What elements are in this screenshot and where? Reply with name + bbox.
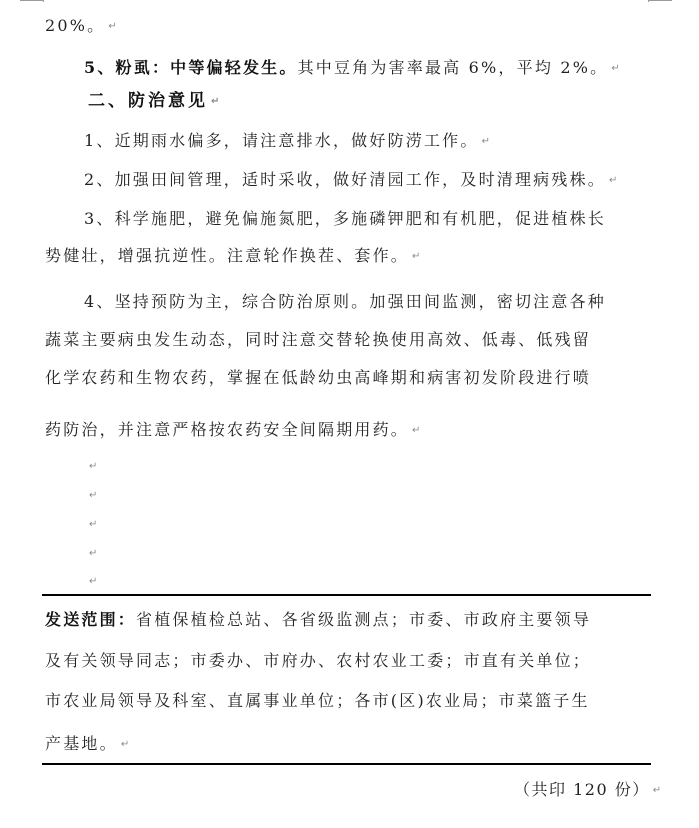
- text: 蔬菜主要病虫发生动态，同时注意交替轮换使用高效、低毒、低残留: [45, 330, 591, 349]
- item-title: 粉虱：中等偏轻发生。: [116, 58, 298, 77]
- distribution-bottom-rule: [42, 763, 651, 765]
- empty-paragraph-mark-icon: ↵: [89, 576, 97, 587]
- paragraph-mark-icon: ↵: [611, 63, 619, 74]
- text: 药防治，并注意严格按农药安全间隔期用药。: [45, 420, 409, 439]
- crop-mark-top-right-vertical: [648, 0, 649, 2]
- paragraph-mark-icon: ↵: [412, 425, 420, 436]
- advice-item-3-line-2: 势健壮，增强抗逆性。注意轮作换茬、套作。↵: [45, 246, 420, 267]
- paragraph-mark-icon: ↵: [108, 21, 116, 32]
- text: （共印 120 份）: [514, 780, 650, 799]
- empty-paragraph-mark-icon: ↵: [89, 519, 97, 530]
- advice-item-4-line-4: 药防治，并注意严格按农药安全间隔期用药。↵: [45, 420, 420, 441]
- empty-paragraph-mark-icon: ↵: [89, 548, 97, 559]
- paragraph-mark-icon: ↵: [412, 251, 420, 262]
- paragraph-mark-icon: ↵: [121, 739, 129, 750]
- text-line-continuation: 20%。↵: [45, 16, 117, 37]
- heading-text: 二、防治意见: [88, 91, 208, 111]
- text: 2、加强田间管理，适时采收，做好清园工作，及时清理病残株。: [84, 170, 606, 189]
- advice-item-4-line-3: 化学农药和生物农药，掌握在低龄幼虫高峰期和病害初发阶段进行喷: [45, 368, 591, 388]
- item-body: 其中豆角为害率最高 6%，平均 2%。: [298, 58, 609, 77]
- item-number: 5、: [84, 58, 116, 77]
- text: 3、科学施肥，避免偏施氮肥，多施磷钾肥和有机肥，促进植株长: [84, 209, 606, 228]
- advice-item-4-line-1: 4、坚持预防为主，综合防治原则。加强田间监测，密切注意各种: [84, 292, 606, 312]
- text: 势健壮，增强抗逆性。注意轮作换茬、套作。: [45, 246, 409, 265]
- advice-item-4-line-2: 蔬菜主要病虫发生动态，同时注意交替轮换使用高效、低毒、低残留: [45, 330, 591, 350]
- print-count: （共印 120 份）↵: [514, 780, 661, 801]
- crop-mark-top-left: [20, 0, 43, 1]
- section-heading-prevention: 二、防治意见↵: [88, 91, 219, 112]
- pest-item-whitefly: 5、粉虱：中等偏轻发生。其中豆角为害率最高 6%，平均 2%。↵: [84, 58, 620, 79]
- text: 1、近期雨水偏多，请注意排水，做好防涝工作。: [84, 131, 479, 150]
- distribution-line-1: 发送范围：省植保植检总站、各省级监测点；市委、市政府主要领导: [45, 610, 591, 630]
- distribution-top-rule: [42, 594, 651, 596]
- crop-mark-top-right: [648, 0, 672, 1]
- crop-mark-top-left-vertical: [43, 0, 44, 2]
- advice-item-2: 2、加强田间管理，适时采收，做好清园工作，及时清理病残株。↵: [84, 170, 617, 191]
- text: 20%。: [45, 16, 105, 35]
- empty-paragraph-mark-icon: ↵: [89, 490, 97, 501]
- empty-paragraph-mark-icon: ↵: [89, 461, 97, 472]
- paragraph-mark-icon: ↵: [653, 785, 661, 796]
- text: 及有关领导同志；市委办、市府办、农村农业工委；市直有关单位；: [45, 651, 591, 670]
- distribution-line-4: 产基地。↵: [45, 734, 129, 755]
- distribution-line-2: 及有关领导同志；市委办、市府办、农村农业工委；市直有关单位；: [45, 651, 591, 671]
- text: 省植保植检总站、各省级监测点；市委、市政府主要领导: [136, 610, 591, 629]
- text: 4、坚持预防为主，综合防治原则。加强田间监测，密切注意各种: [84, 292, 606, 311]
- paragraph-mark-icon: ↵: [211, 96, 219, 107]
- advice-item-1: 1、近期雨水偏多，请注意排水，做好防涝工作。↵: [84, 131, 490, 152]
- text: 市农业局领导及科室、直属事业单位；各市(区)农业局；市菜篮子生: [45, 691, 590, 710]
- distribution-label: 发送范围：: [45, 610, 136, 629]
- text: 化学农药和生物农药，掌握在低龄幼虫高峰期和病害初发阶段进行喷: [45, 368, 591, 387]
- paragraph-mark-icon: ↵: [482, 136, 490, 147]
- text: 产基地。: [45, 734, 118, 753]
- advice-item-3-line-1: 3、科学施肥，避免偏施氮肥，多施磷钾肥和有机肥，促进植株长: [84, 209, 606, 229]
- distribution-line-3: 市农业局领导及科室、直属事业单位；各市(区)农业局；市菜篮子生: [45, 691, 590, 711]
- paragraph-mark-icon: ↵: [609, 175, 617, 186]
